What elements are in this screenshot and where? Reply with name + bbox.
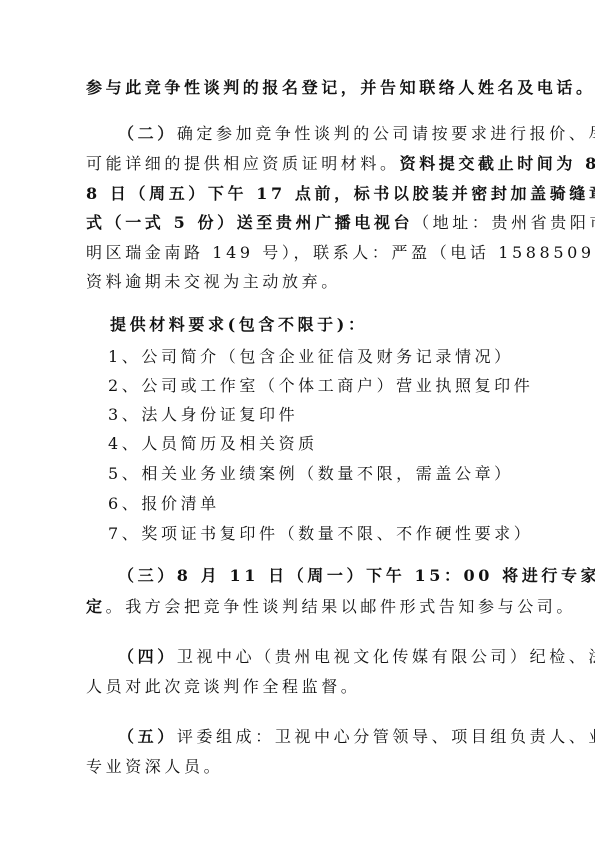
section-2-text-2: 可能详细的提供相应资质证明材料。 [86, 154, 400, 173]
intro-line: 参与此竞争性谈判的报名登记，并告知联络人姓名及电话。 [86, 78, 526, 98]
list-item: 7、奖项证书复印件（数量不限、不作硬性要求） [108, 524, 548, 544]
section-2-line-4: 式（一式 5 份）送至贵州广播电视台（地址：贵州省贵阳市南 [86, 213, 526, 233]
section-3-text: 。我方会把竞争性谈判结果以邮件形式告知参与公司。 [106, 597, 576, 616]
list-item: 1、公司简介（包含企业征信及财务记录情况） [108, 347, 548, 367]
materials-heading: 提供材料要求(包含不限于)： [110, 315, 550, 335]
section-3-text-bold: 定 [86, 597, 106, 616]
section-4-marker: （四） [118, 647, 177, 666]
section-5-line-1: （五）评委组成：卫视中心分管领导、项目组负责人、业内 [118, 727, 558, 747]
section-2-marker: （二） [118, 124, 177, 143]
section-4-line-1: （四）卫视中心（贵州电视文化传媒有限公司）纪检、法务 [118, 647, 558, 667]
list-item: 4、人员简历及相关资质 [108, 434, 548, 454]
list-item: 6、报价清单 [108, 494, 548, 514]
section-4-line-2: 人员对此次竞谈判作全程监督。 [86, 677, 526, 697]
list-item: 2、公司或工作室（个体工商户）营业执照复印件 [108, 376, 548, 396]
section-2-text-1: 确定参加竞争性谈判的公司请按要求进行报价、尽 [177, 124, 595, 143]
list-item: 5、相关业务业绩案例（数量不限，需盖公章） [108, 464, 548, 484]
delivery-text: 式（一式 5 份）送至贵州广播电视台 [86, 213, 413, 232]
section-5-marker: （五） [118, 727, 177, 746]
section-2-line-5: 明区瑞金南路 149 号），联系人：严盈（电话 15885090082）。 [86, 243, 526, 263]
deadline-text: 资料提交截止时间为 8 月 [400, 154, 595, 173]
section-2-line-2: 可能详细的提供相应资质证明材料。资料提交截止时间为 8 月 [86, 154, 526, 174]
section-2-line-6: 资料逾期未交视为主动放弃。 [86, 272, 526, 292]
section-2-line-3: 8 日（周五）下午 17 点前，标书以胶装并密封加盖骑缝章形 [86, 184, 526, 204]
section-5-text-1: 评委组成：卫视中心分管领导、项目组负责人、业内 [177, 727, 595, 746]
list-item: 3、法人身份证复印件 [108, 405, 548, 425]
section-3-line-2: 定。我方会把竞争性谈判结果以邮件形式告知参与公司。 [86, 597, 526, 617]
section-4-text-1: 卫视中心（贵州电视文化传媒有限公司）纪检、法务 [177, 647, 595, 666]
address-text: （地址：贵州省贵阳市南 [413, 213, 595, 232]
section-5-line-2: 专业资深人员。 [86, 757, 526, 777]
section-2-line-1: （二）确定参加竞争性谈判的公司请按要求进行报价、尽 [118, 124, 558, 144]
section-3-line-1: （三）8 月 11 日（周一）下午 15：00 将进行专家最终评 [118, 566, 558, 586]
